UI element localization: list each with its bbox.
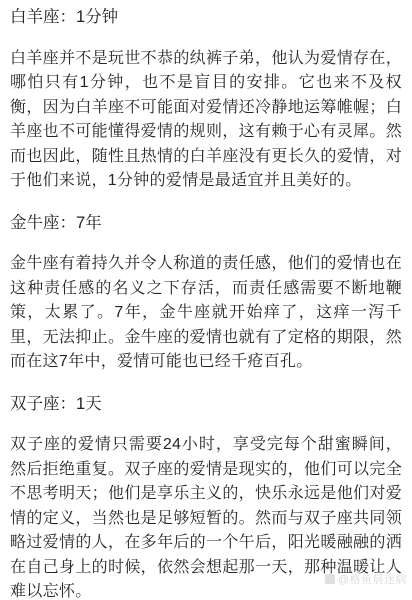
section-aries: 白羊座：1分钟 白羊座并不是玩世不恭的纨裤子弟，他认为爱情存在，哪怕只有1分钟，… xyxy=(10,5,402,194)
section-paragraph-aries: 白羊座并不是玩世不恭的纨裤子弟，他认为爱情存在，哪怕只有1分钟，也不是盲目的安排… xyxy=(10,47,402,194)
watermark: @格鱼晨迷病 xyxy=(325,571,407,587)
section-taurus: 金牛座：7年 金牛座有着持久并令人称道的责任感，他们的爱情也在这种责任感的名义之… xyxy=(10,211,402,375)
section-paragraph-taurus: 金牛座有着持久并令人称道的责任感，他们的爱情也在这种责任感的名义之下存活，而责任… xyxy=(10,252,402,375)
watermark-text: @格鱼晨迷病 xyxy=(338,571,407,587)
article: 白羊座：1分钟 白羊座并不是玩世不恭的纨裤子弟，他认为爱情存在，哪怕只有1分钟，… xyxy=(0,0,412,600)
watermark-logo-icon xyxy=(325,574,335,584)
section-gemini: 双子座：1天 双子座的爱情只需要24小时，享受完每个甜蜜瞬间，然后拒绝重复。双子… xyxy=(10,392,402,600)
section-heading-taurus: 金牛座：7年 xyxy=(10,211,402,236)
section-heading-gemini: 双子座：1天 xyxy=(10,392,402,417)
section-heading-aries: 白羊座：1分钟 xyxy=(10,5,402,30)
